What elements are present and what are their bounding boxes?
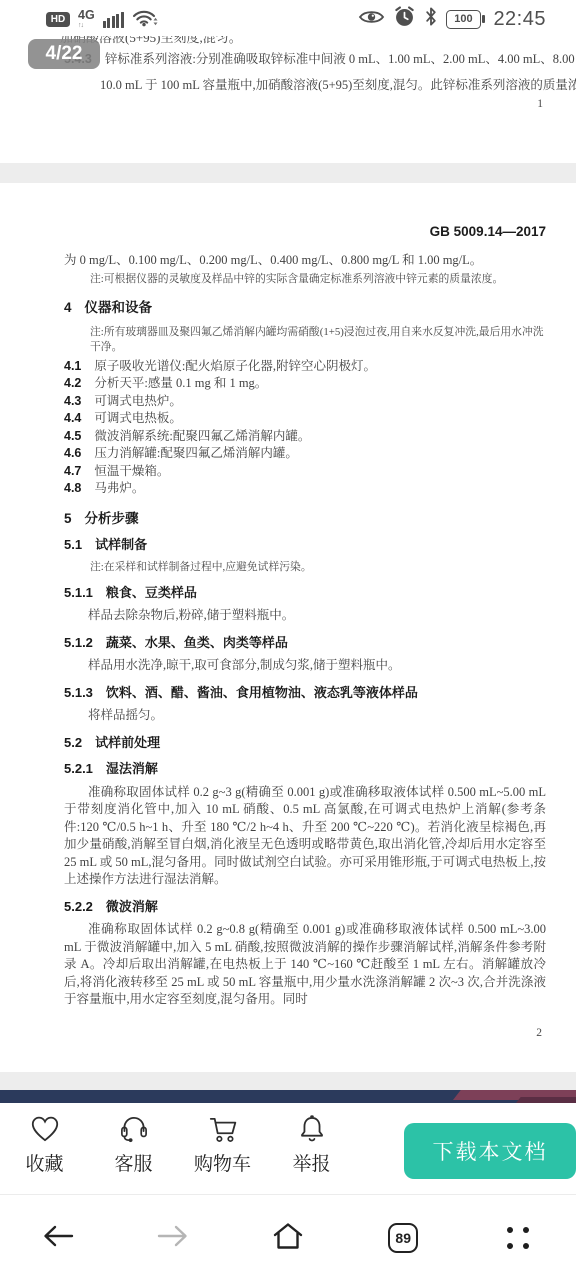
doc-line: 10.0 mL 于 100 mL 容量瓶中,加硝酸溶液(5+95)至刻度,混匀。… [100,75,576,93]
customer-service-button[interactable]: 客服 [89,1112,178,1176]
clause-text: 准确称取固体试样 0.2 g~3 g(精确至 0.001 g)或准确移取液体试样… [64,785,546,887]
tab-count-badge: 89 [388,1223,418,1253]
clause-text: 可调式电热炉。 [94,394,182,408]
alarm-clock-icon [393,5,416,33]
clause-number: 4.8 [64,481,94,495]
clause-number: 4.1 [64,359,94,373]
clause-text: 马弗炉。 [94,481,144,495]
clock-time: 22:45 [493,8,546,31]
status-right: 100 22:45 [358,5,546,33]
doc-block-item: 4.7恒温干燥箱。 [64,463,546,481]
browser-nav-bar: 89 [0,1194,576,1280]
network-type: 4G ↑↓ [78,9,95,30]
clause-text: 微波消解 [106,899,158,914]
page-number: 2 [536,1025,542,1043]
shopping-cart-label: 购物车 [194,1149,251,1176]
forward-button[interactable] [115,1222,230,1255]
status-left: HD 4G ↑↓ [46,7,158,32]
clause-number: 5.1.3 [64,685,106,700]
doc-block-item: 4.3可调式电热炉。 [64,393,546,411]
doc-block-note: 注:在采样和试样制备过程中,应避免试样污染。 [90,560,546,575]
phone-screen: HD 4G ↑↓ [0,0,576,1280]
clause-text: 仪器和设备 [85,300,153,315]
clause-number: 5.2.2 [64,899,106,914]
doc-block-h2: 5.2.2微波消解 [64,898,546,916]
page2-blocks: 为 0 mg/L、0.100 mg/L、0.200 mg/L、0.400 mg/… [64,252,546,1009]
doc-block-cont: 为 0 mg/L、0.100 mg/L、0.200 mg/L、0.400 mg/… [64,252,546,270]
home-button[interactable] [230,1220,345,1257]
doc-block-h2: 5.2试样前处理 [64,734,546,752]
clause-number: 5.1.1 [64,585,106,600]
doc-block-note: 注:可根据仪器的灵敏度及样品中锌的实际含量确定标准系列溶液中锌元素的质量浓度。 [90,272,546,287]
hd-badge: HD [46,12,70,27]
page-gap [0,163,576,183]
signal-bars-icon [103,11,124,28]
bell-icon [295,1112,329,1146]
doc-block-para: 样品去除杂物后,粉碎,储于塑料瓶中。 [64,607,546,625]
customer-service-label: 客服 [114,1149,152,1176]
clause-text: 注:在采样和试样制备过程中,应避免试样污染。 [90,561,312,573]
forward-arrow-icon [154,1222,192,1255]
back-arrow-icon [39,1222,77,1255]
favorite-button[interactable]: 收藏 [0,1112,89,1176]
doc-block-h1: 4仪器和设备 [64,299,546,317]
banner-strip[interactable] [0,1090,576,1103]
doc-line: 5.4.3锌标准系列溶液:分别准确吸取锌标准中间液 0 mL、1.00 mL、2… [64,49,576,67]
status-bar: HD 4G ↑↓ [0,0,576,36]
document-page-1: 加硝酸溶液(5+95)至刻度,混匀。 5.4.3锌标准系列溶液:分别准确吸取锌标… [0,36,576,163]
standard-number-header: GB 5009.14—2017 [64,223,546,241]
doc-block-item: 4.6压力消解罐:配聚四氟乙烯消解内罐。 [64,445,546,463]
clause-text: 微波消解系统:配聚四氟乙烯消解内罐。 [94,429,310,443]
clause-text: 注:所有玻璃器皿及聚四氟乙烯消解内罐均需硝酸(1+5)浸泡过夜,用自来水反复冲洗… [90,326,544,353]
doc-block-item: 4.2分析天平:感量 0.1 mg 和 1 mg。 [64,375,546,393]
clause-text: 为 0 mg/L、0.100 mg/L、0.200 mg/L、0.400 mg/… [64,253,482,267]
action-toolbar: 收藏 客服 购物车 [0,1103,576,1193]
doc-block-para: 准确称取固体试样 0.2 g~3 g(精确至 0.001 g)或准确移取液体试样… [64,784,546,889]
network-arrows-icon: ↑↓ [78,22,83,29]
doc-block-note: 注:所有玻璃器皿及聚四氟乙烯消解内罐均需硝酸(1+5)浸泡过夜,用自来水反复冲洗… [90,325,546,355]
clause-text: 湿法消解 [106,761,158,776]
back-button[interactable] [0,1222,115,1255]
doc-block-h1: 5分析步骤 [64,510,546,528]
clause-number: 4 [64,300,85,315]
clause-number: 5 [64,511,85,526]
clause-number: 4.4 [64,411,94,425]
clause-text: 样品去除杂物后,粉碎,储于塑料瓶中。 [88,608,294,622]
bottom-gap [0,1072,576,1090]
clause-number: 5.1.2 [64,635,106,650]
clause-text: 分析天平:感量 0.1 mg 和 1 mg。 [94,376,267,390]
clause-text: 可调式电热板。 [94,411,182,425]
clause-text: 压力消解罐:配聚四氟乙烯消解内罐。 [94,446,297,460]
clause-number: 4.2 [64,376,94,390]
page-indicator-badge: 4/22 [28,39,100,69]
clause-text: 样品用水洗净,晾干,取可食部分,制成匀浆,储于塑料瓶中。 [88,658,401,672]
favorite-label: 收藏 [25,1149,63,1176]
clause-text: 将样品摇匀。 [88,708,163,722]
doc-block-item: 4.8马弗炉。 [64,480,546,498]
doc-block-h2: 5.1.3饮料、酒、醋、酱油、食用植物油、液态乳等液体样品 [64,684,546,702]
clause-number: 5.2.1 [64,761,106,776]
clause-number: 5.1 [64,537,95,552]
download-document-button[interactable]: 下载本文档 [404,1123,576,1179]
bluetooth-icon [424,6,438,32]
clause-text: 分析步骤 [85,511,139,526]
doc-block-h2: 5.1试样制备 [64,536,546,554]
clause-number: 4.5 [64,429,94,443]
doc-block-para: 将样品摇匀。 [64,707,546,725]
clause-text: 饮料、酒、醋、酱油、食用植物油、液态乳等液体样品 [106,685,418,700]
tabs-button[interactable]: 89 [346,1223,461,1253]
clause-text: 准确称取固体试样 0.2 g~0.8 g(精确至 0.001 g)或准确移取液体… [64,922,546,1006]
clause-text: 原子吸收光谱仪:配火焰原子化器,附锌空心阴极灯。 [94,359,376,373]
menu-button[interactable] [461,1227,576,1249]
clause-number: 5.2 [64,735,95,750]
clause-number: 4.6 [64,446,94,460]
doc-block-h2: 5.1.1粮食、豆类样品 [64,584,546,602]
report-label: 举报 [292,1149,330,1176]
report-button[interactable]: 举报 [267,1112,356,1176]
doc-block-item: 4.5微波消解系统:配聚四氟乙烯消解内罐。 [64,428,546,446]
battery-level: 100 [446,10,481,29]
document-page-2: GB 5009.14—2017 为 0 mg/L、0.100 mg/L、0.20… [0,183,576,1072]
clause-text: 试样制备 [95,537,147,552]
clause-text: 注:可根据仪器的灵敏度及样品中锌的实际含量确定标准系列溶液中锌元素的质量浓度。 [90,273,503,285]
doc-block-para: 样品用水洗净,晾干,取可食部分,制成匀浆,储于塑料瓶中。 [64,657,546,675]
doc-block-h2: 5.2.1湿法消解 [64,760,546,778]
document-viewport[interactable]: 加硝酸溶液(5+95)至刻度,混匀。 5.4.3锌标准系列溶液:分别准确吸取锌标… [0,36,576,1072]
battery-icon: 100 [446,10,486,29]
clause-text: 恒温干燥箱。 [94,464,169,478]
clause-text: 蔬菜、水果、鱼类、肉类等样品 [106,635,288,650]
clause-text: 试样前处理 [95,735,160,750]
shopping-cart-button[interactable]: 购物车 [178,1112,267,1176]
heart-icon [28,1112,62,1146]
clause-number: 4.7 [64,464,94,478]
doc-block-para: 准确称取固体试样 0.2 g~0.8 g(精确至 0.001 g)或准确移取液体… [64,921,546,1009]
doc-block-item: 4.1原子吸收光谱仪:配火焰原子化器,附锌空心阴极灯。 [64,358,546,376]
doc-block-h2: 5.1.2蔬菜、水果、鱼类、肉类等样品 [64,634,546,652]
clause-text: 粮食、豆类样品 [106,585,197,600]
eye-icon [358,8,385,31]
page-number: 1 [537,98,543,110]
wifi-icon [132,7,158,32]
home-icon [269,1220,307,1257]
headset-icon [117,1112,151,1146]
doc-block-item: 4.4可调式电热板。 [64,410,546,428]
cart-icon [206,1112,240,1146]
menu-dots-icon [507,1227,529,1249]
clause-number: 4.3 [64,394,94,408]
